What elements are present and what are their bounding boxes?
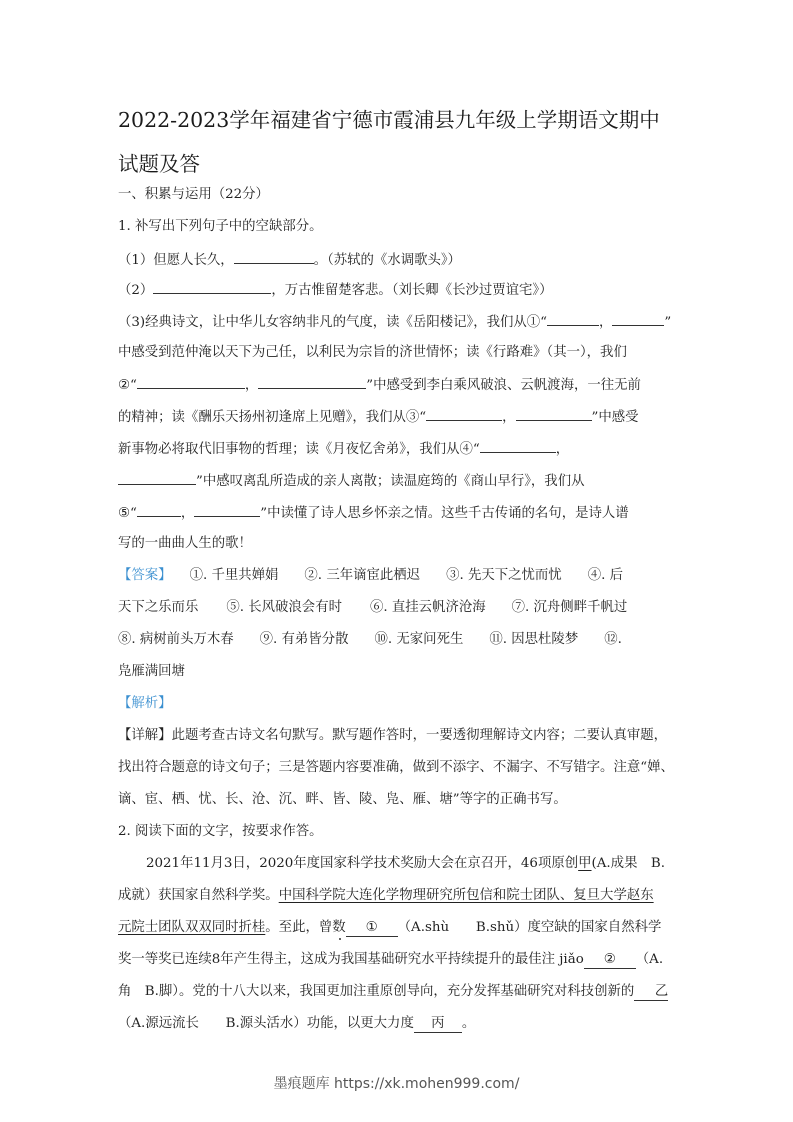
text: ， xyxy=(245,378,258,393)
text: (A.成果 B. xyxy=(592,856,665,871)
text: （1）但愿人长久， xyxy=(118,253,234,268)
answer-blank xyxy=(426,406,502,421)
passage-line-6: （A.源远流长 B.源头活水）功能，以更大力度丙。 xyxy=(118,1014,475,1034)
answer-item: ②. 三年谪宦此栖迟 xyxy=(304,568,420,583)
analysis-line-1: 【详解】此题考查古诗文名句默写。默写题作答时，一要透彻理解诗文内容；二要认真审题… xyxy=(118,726,667,746)
text: （A.源远流长 B.源头活水）功能，以更大力度 xyxy=(118,1016,414,1031)
answer-blank xyxy=(480,438,556,453)
text: ⑤“ xyxy=(118,506,137,521)
answer-item: ⑩. 无家问死生 xyxy=(375,632,464,647)
footer-watermark: 墨痕题库 https://xk.mohen999.com/ xyxy=(0,1073,793,1093)
question-1-part-3-line-2: 中感受到范仲淹以天下为己任，以利民为宗旨的济世情怀；读《行路难》（其一），我们 xyxy=(118,343,627,363)
question-1-part-3-line-7: ⑤“，”中读懂了诗人思乡怀亲之情。这些千古传诵的名句，是诗人谱 xyxy=(118,502,629,524)
question-1-part-3-line-5: 新事物必将取代旧事物的哲理；读《月夜忆舍弟》，我们从④“， xyxy=(118,438,569,460)
question-2-stem: 2. 阅读下面的文字，按要求作答。 xyxy=(118,822,323,842)
text: 此题考查古诗文名句默写。默写题作答时，一要透彻理解诗文内容；二要认真审题， xyxy=(172,728,667,743)
passage-line-5: 角 B.脚）。党的十八大以来，我国更加注重原创导向，充分发挥基础研究对科技创新的… xyxy=(118,982,668,1002)
answer-blank xyxy=(194,502,260,517)
text: ， xyxy=(556,442,569,457)
answer-line-2: 天下之乐而乐⑤. 长风破浪会有时⑥. 直挂云帆济沧海⑦. 沉舟侧畔千帆过 xyxy=(118,598,627,618)
text: ”中感受到李白乘风破浪、云帆渡海，一往无前 xyxy=(366,378,641,393)
text: 成就）获国家自然科学奖。 xyxy=(118,888,279,903)
question-1-part-3-line-1: （3)经典诗文，让中华儿女容纳非凡的气度，读《岳阳楼记》，我们从①“，” xyxy=(118,311,671,333)
answer-item: ④. 后 xyxy=(588,568,623,583)
text: ， xyxy=(181,506,194,521)
answer-item: ①. 千里共婵娟 xyxy=(190,568,279,583)
answer-line-4: 凫雁满回塘 xyxy=(118,662,185,682)
document-title: 2022-2023学年福建省宁德市霞浦县九年级上学期语文期中 试题及答 xyxy=(118,98,698,186)
question-1-part-3-line-8: 写的一曲曲人生的歌！ xyxy=(118,534,252,554)
text: ”中感叹离乱所造成的亲人离散；读温庭筠的《商山早行》，我们从 xyxy=(196,474,584,489)
fill-blank-bing: 丙 xyxy=(414,1016,462,1033)
text: ，万古惟留楚客悲。（刘长卿《长沙过贾谊宅》） xyxy=(271,283,552,298)
text: 新事物必将取代旧事物的哲理；读《月夜忆舍弟》，我们从④“ xyxy=(118,442,480,457)
answer-item: 天下之乐而乐 xyxy=(118,600,198,615)
answer-blank xyxy=(153,279,271,294)
text: 角 B.脚）。党的十八大以来，我国更加注重原创导向，充分发挥基础研究对科技创新的 xyxy=(118,984,634,999)
passage-line-1: 2021年11月3日，2020年度国家科学技术奖励大会在京召开，46项原创甲(A… xyxy=(118,854,665,874)
detail-tag: 【详解】 xyxy=(118,728,172,743)
text: （A.shù B.shǔ）度空缺的国家自然科学 xyxy=(398,920,662,935)
answer-item: ③. 先天下之忧而忧 xyxy=(446,568,562,583)
answer-item: ⑥. 直挂云帆济沧海 xyxy=(370,600,486,615)
answer-item: ⑤. 长风破浪会有时 xyxy=(226,600,342,615)
title-line-2: 试题及答 xyxy=(118,142,698,186)
passage-line-2: 成就）获国家自然科学奖。中国科学院大连化学物理研究所包信和院士团队、复旦大学赵东 xyxy=(118,886,654,906)
text: ”中感受 xyxy=(592,410,639,425)
title-line-1: 2022-2023学年福建省宁德市霞浦县九年级上学期语文期中 xyxy=(118,98,698,142)
passage-line-3: 元院士团队双双同时折桂。至此，曾数①（A.shù B.shǔ）度空缺的国家自然科… xyxy=(118,918,661,938)
passage-line-4: 奖一等奖已连续8年产生得主，这成为我国基础研究水平持续提升的最佳注 jiǎo②（… xyxy=(118,950,663,970)
text: 奖一等奖已连续8年产生得主，这成为我国基础研究水平持续提升的最佳注 jiǎo xyxy=(118,952,584,967)
text: ②“ xyxy=(118,378,137,393)
answer-blank xyxy=(137,502,181,517)
text: 。（苏轼的《水调歌头》） xyxy=(314,253,461,268)
answer-line-1: 【答案】①. 千里共婵娟②. 三年谪宦此栖迟③. 先天下之忧而忧④. 后 xyxy=(118,566,623,586)
answer-blank xyxy=(234,249,314,264)
text: （A. xyxy=(636,952,663,967)
answer-item: ⑫. xyxy=(604,632,622,647)
text: 。至此，曾 xyxy=(265,920,332,935)
underlined-sentence: 中国科学院大连化学物理研究所包信和院士团队、复旦大学赵东 xyxy=(279,888,654,903)
text: ”中读懂了诗人思乡怀亲之情。这些千古传诵的名句，是诗人谱 xyxy=(260,506,628,521)
fill-blank-2: ② xyxy=(584,952,636,969)
dotted-char: 数 xyxy=(332,920,345,935)
text: 的精神；读《酬乐天扬州初逢席上见赠》，我们从③“ xyxy=(118,410,426,425)
analysis-tag: 【解析】 xyxy=(118,694,172,714)
answer-item: ⑧. 病树前头万木春 xyxy=(118,632,234,647)
question-1-part-3-line-4: 的精神；读《酬乐天扬州初逢席上见赠》，我们从③“，”中感受 xyxy=(118,406,639,428)
text: ， xyxy=(599,315,612,330)
question-1-part-3-line-3: ②“，”中感受到李白乘风破浪、云帆渡海，一往无前 xyxy=(118,374,641,396)
text: （3)经典诗文，让中华儿女容纳非凡的气度，读《岳阳楼记》，我们从①“ xyxy=(118,315,547,330)
question-1-part-3-line-6: ”中感叹离乱所造成的亲人离散；读温庭筠的《商山早行》，我们从 xyxy=(118,470,584,492)
question-1-part-1: （1）但愿人长久，。（苏轼的《水调歌头》） xyxy=(118,249,461,271)
answer-item: ⑨. 有弟皆分散 xyxy=(260,632,349,647)
text: 2021年11月3日，2020年度国家科学技术奖励大会在京召开，46项原创 xyxy=(146,856,578,871)
analysis-line-2: 找出符合题意的诗文句子；三是答题内容要准确，做到不添字、不漏字、不写错字。注意“… xyxy=(118,758,674,778)
answer-blank xyxy=(137,374,245,389)
answer-blank xyxy=(547,311,599,326)
answer-blank xyxy=(118,470,196,485)
question-1-stem: 1. 补写出下列句子中的空缺部分。 xyxy=(118,217,323,237)
answer-item: ⑦. 沉舟侧畔千帆过 xyxy=(512,600,628,615)
answer-blank xyxy=(258,374,366,389)
answer-blank xyxy=(516,406,592,421)
answer-tag: 【答案】 xyxy=(118,568,172,583)
answer-blank xyxy=(612,311,664,326)
section-heading: 一、积累与运用（22分） xyxy=(118,185,269,205)
fill-blank-yi: 乙 xyxy=(634,984,668,1001)
text: 。 xyxy=(462,1016,475,1031)
blank-marker-jia: 甲 xyxy=(578,856,591,871)
text: ， xyxy=(502,410,515,425)
answer-item: ⑪. 因思杜陵梦 xyxy=(489,632,578,647)
text: ” xyxy=(664,315,671,330)
analysis-line-3: 谪、宦、栖、忧、长、沧、沉、畔、皆、陵、凫、雁、塘”等字的正确书写。 xyxy=(118,790,567,810)
question-1-part-2: （2），万古惟留楚客悲。（刘长卿《长沙过贾谊宅》） xyxy=(118,279,553,301)
fill-blank-1: ① xyxy=(346,920,398,937)
underlined-sentence: 元院士团队双双同时折桂 xyxy=(118,920,265,935)
answer-line-3: ⑧. 病树前头万木春⑨. 有弟皆分散⑩. 无家问死生⑪. 因思杜陵梦⑫. xyxy=(118,630,622,650)
text: （2） xyxy=(118,283,153,298)
